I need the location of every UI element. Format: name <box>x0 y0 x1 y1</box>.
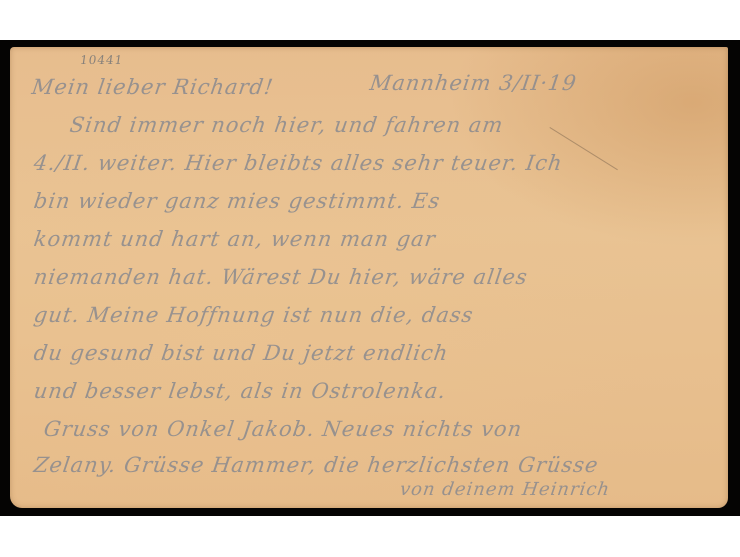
letter-line-2: 4./II. weiter. Hier bleibts alles sehr t… <box>32 151 564 175</box>
letter-line-3: bin wieder ganz mies gestimmt. Es <box>32 189 442 213</box>
letter-line-4: kommt und hart an, wenn man gar <box>32 227 437 251</box>
postcard: 10441 Mein lieber Richard! Mannheim 3/II… <box>10 47 728 508</box>
letter-line-10: Zelany. Grüsse Hammer, die herzlichsten … <box>32 453 600 477</box>
letter-line-5: niemanden hat. Wärest Du hier, wäre alle… <box>32 265 529 289</box>
letter-line-6: gut. Meine Hoffnung ist nun die, dass <box>32 303 475 327</box>
place-date: Mannheim 3/II·19 <box>368 71 578 95</box>
letter-line-1: Sind immer noch hier, und fahren am <box>68 113 505 137</box>
letter-line-8: und besser lebst, als in Ostrolenka. <box>32 379 448 403</box>
salutation: Mein lieber Richard! <box>30 75 275 99</box>
reference-number: 10441 <box>79 53 124 67</box>
letter-line-7: du gesund bist und Du jetzt endlich <box>32 341 450 365</box>
signature-line: von deinem Heinrich <box>399 479 612 500</box>
letter-line-9: Gruss von Onkel Jakob. Neues nichts von <box>42 417 524 441</box>
